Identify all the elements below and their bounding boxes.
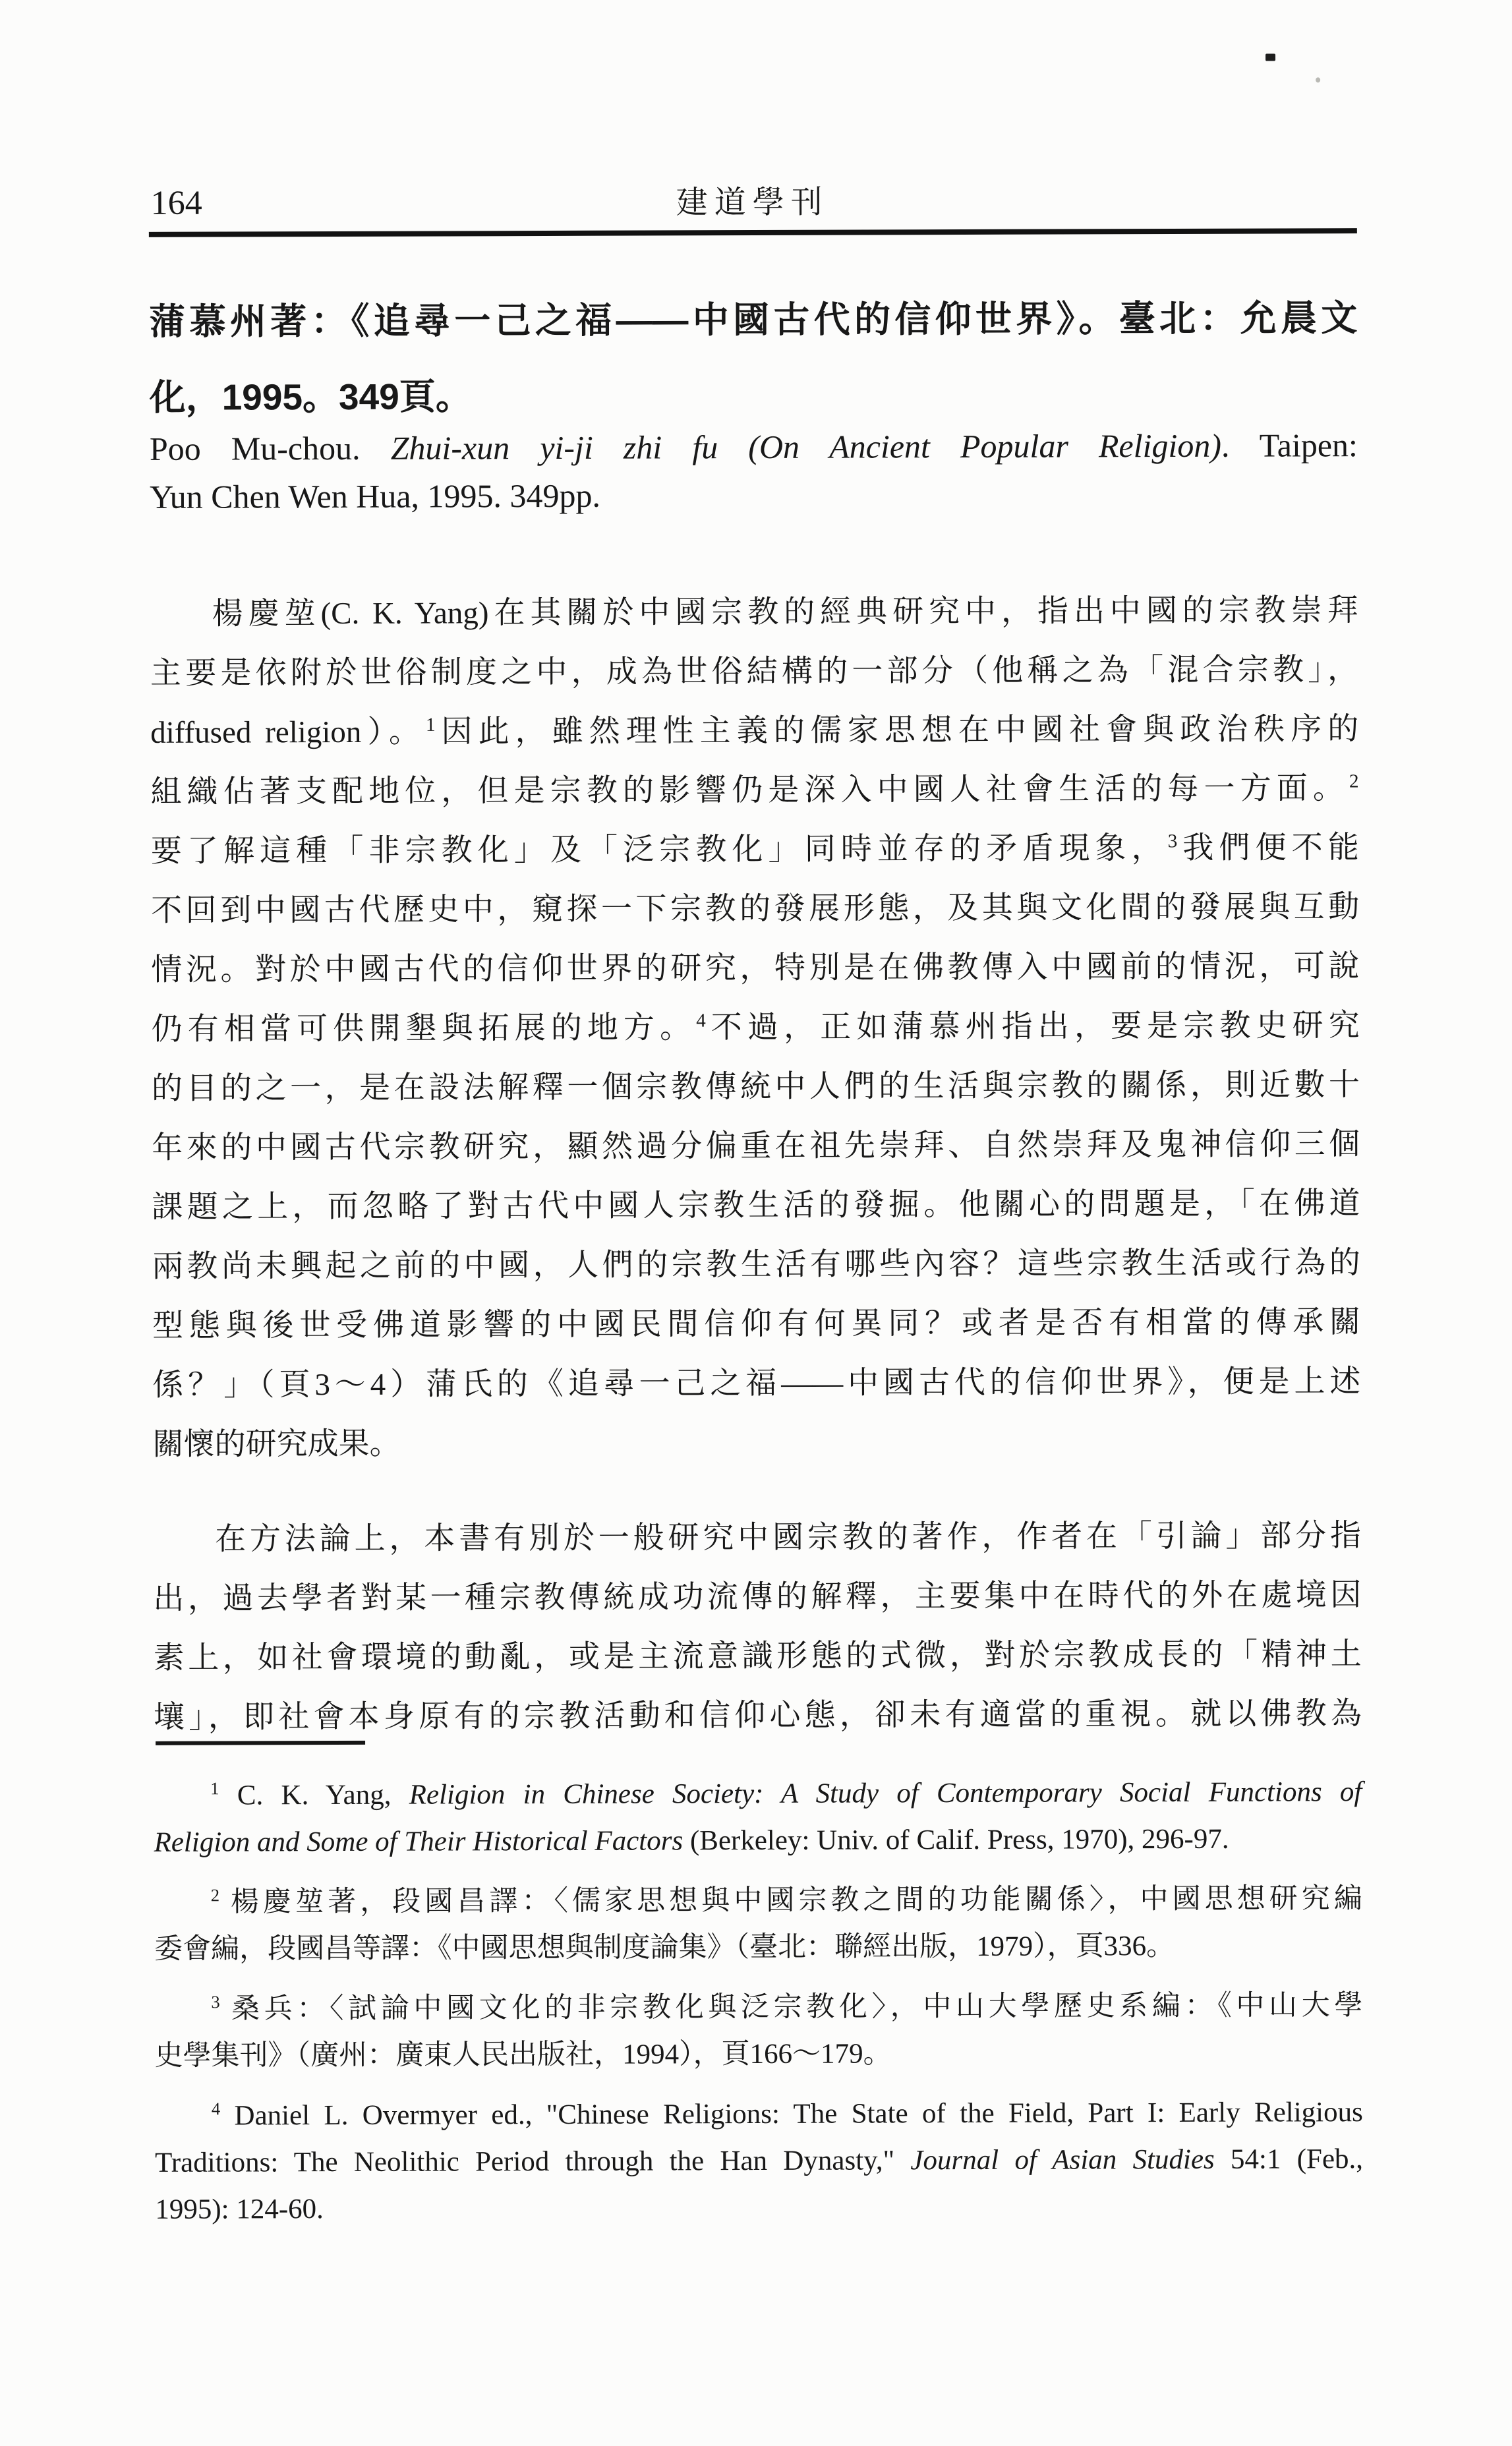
text-line: 4 Daniel L. Overmyer ed., "Chinese Relig…: [155, 2089, 1363, 2140]
footnote-separator: [156, 1741, 365, 1745]
text-segment: 型態與後世受佛道影響的中國民間信仰有何異同？或者是否有相當的傳承關: [152, 1305, 1360, 1343]
text-line: 主要是依附於世俗制度之中，成為世俗結構的一部分（他稱之為「混合宗教」，: [150, 640, 1358, 703]
footnote-2: 2 楊慶堃著，段國昌譯：〈儒家思想與中國宗教之間的功能關係〉，中國思想研究編委會…: [154, 1875, 1362, 1973]
book-citation-chinese: 蒲慕州著：《追尋一己之福——中國古代的信仰世界》。臺北：允晨文化，1995。34…: [149, 280, 1358, 436]
text-line: 兩教尚未興起之前的中國，人們的宗教生活有哪些內容？這些宗教生活或行為的: [152, 1233, 1360, 1296]
text-segment: 的目的之一，是在設法解釋一個宗教傳統中人們的生活與宗教的關係，則近數十: [152, 1068, 1360, 1106]
review-paragraph-2: 在方法論上，本書有別於一般研究中國宗教的著作，作者在「引論」部分指出，過去學者對…: [153, 1506, 1362, 1747]
text-segment: 係？」（頁3～4）蒲氏的《追尋一己之福——中國古代的信仰世界》，便是上述: [152, 1364, 1360, 1403]
text-line: Poo Mu-chou. Zhui-xun yi-ji zhi fu (On A…: [150, 421, 1358, 473]
text-line: 委會編，段國昌等譯：《中國思想與制度論集》（臺北：聯經出版，1979），頁336…: [154, 1922, 1362, 1973]
text-line: diffused religion）。1因此，雖然理性主義的儒家思想在中國社會與…: [150, 699, 1358, 763]
scanned-sheet: 164 建道學刊 蒲慕州著：《追尋一己之福——中國古代的信仰世界》。臺北：允晨文…: [0, 0, 1512, 2446]
text-segment: 兩教尚未興起之前的中國，人們的宗教生活有哪些內容？這些宗教生活或行為的: [152, 1246, 1360, 1284]
text-segment: 蒲慕州著：《追尋一己之福——中國古代的信仰世界》。臺北：允晨文: [149, 297, 1357, 342]
footnote-marker: 3: [211, 1992, 219, 2012]
journal-title: 建道學刊: [149, 183, 1356, 223]
text-line: 1995): 124-60.: [155, 2182, 1363, 2233]
text-segment: Daniel L. Overmyer ed., "Chinese Religio…: [220, 2097, 1363, 2131]
text-segment: 在方法論上，本書有別於一般研究中國宗教的著作，作者在「引論」部分指: [215, 1519, 1361, 1556]
text-line: Religion and Some of Their Historical Fa…: [154, 1815, 1362, 1866]
text-line: 關懷的研究成果。: [152, 1411, 1360, 1474]
footnote-4: 4 Daniel L. Overmyer ed., "Chinese Relig…: [155, 2089, 1364, 2233]
text-segment: 組織佔著支配地位，但是宗教的影響仍是深入中國人社會生活的每一方面。: [150, 771, 1349, 809]
text-segment: 史學集刊》（廣州：廣東人民出版社，1994），頁166～179。: [154, 2038, 891, 2072]
text-segment: Religion and Some of Their Historical Fa…: [154, 1825, 683, 1858]
text-segment: 情況。對於中國古代的信仰世界的研究，特別是在佛教傳入中國前的情況，可說: [151, 949, 1359, 987]
text-segment: 54:1 (Feb.,: [1215, 2143, 1363, 2175]
text-line: 蒲慕州著：《追尋一己之福——中國古代的信仰世界》。臺北：允晨文: [149, 280, 1357, 360]
header-rule: [149, 228, 1357, 237]
text-line: 壤」，即社會本身原有的宗教活動和信仰心態，卻未有適當的重視。就以佛教為: [154, 1684, 1362, 1747]
footnotes-block: 1 C. K. Yang, Religion in Chinese Societ…: [154, 1768, 1363, 2246]
text-line: Yun Chen Wen Hua, 1995. 349pp.: [150, 469, 1358, 521]
text-line: 楊慶堃(C. K. Yang)在其關於中國宗教的經典研究中，指出中國的宗教崇拜: [150, 581, 1358, 644]
text-segment: C. K. Yang,: [219, 1780, 409, 1811]
text-segment: Zhui-xun yi-ji zhi fu (On Ancient Popula…: [391, 427, 1222, 467]
text-segment: 關懷的研究成果。: [153, 1427, 401, 1462]
text-segment: Journal of Asian Studies: [910, 2144, 1215, 2176]
text-segment: 不過，正如蒲慕州指出，要是宗教史研究: [706, 1008, 1360, 1045]
text-segment: 因此，雖然理性主義的儒家思想在中國社會與政治秩序的: [435, 712, 1358, 749]
footnote-marker: 4: [696, 1010, 706, 1032]
text-segment: Religion in Chinese Society: A Study of …: [409, 1776, 1362, 1811]
text-segment: 楊慶堃著，段國昌譯：〈儒家思想與中國宗教之間的功能關係〉，中國思想研究編: [219, 1883, 1362, 1917]
text-line: 素上，如社會環境的動亂，或是主流意識形態的式微，對於宗教成長的「精神土: [154, 1625, 1362, 1688]
text-segment: 要了解這種「非宗教化」及「泛宗教化」同時並存的矛盾現象，: [151, 831, 1168, 869]
text-segment: 1995): 124-60.: [155, 2194, 324, 2225]
journal-page: 164 建道學刊 蒲慕州著：《追尋一己之福——中國古代的信仰世界》。臺北：允晨文…: [0, 0, 1512, 2446]
text-segment: 素上，如社會環境的動亂，或是主流意識形態的式微，對於宗教成長的「精神土: [154, 1637, 1362, 1675]
text-line: 要了解這種「非宗教化」及「泛宗教化」同時並存的矛盾現象，3我們便不能: [151, 818, 1359, 881]
footnote-marker: 4: [212, 2099, 220, 2118]
text-segment: Traditions: The Neolithic Period through…: [155, 2145, 910, 2178]
text-line: 在方法論上，本書有別於一般研究中國宗教的著作，作者在「引論」部分指: [153, 1506, 1361, 1569]
text-segment: 桑兵：〈試論中國文化的非宗教化與泛宗教化〉，中山大學歷史系編：《中山大學: [220, 1990, 1363, 2024]
text-segment: 出，過去學者對某一種宗教傳統成功流傳的解釋，主要集中在時代的外在處境因: [153, 1578, 1361, 1616]
footnote-3: 3 桑兵：〈試論中國文化的非宗教化與泛宗教化〉，中山大學歷史系編：《中山大學史學…: [154, 1982, 1362, 2080]
text-segment: . Taipen:: [1221, 426, 1358, 464]
text-line: 年來的中國古代宗教研究，顯然過分偏重在祖先崇拜、自然崇拜及鬼神信仰三個: [152, 1115, 1360, 1178]
text-line: 1 C. K. Yang, Religion in Chinese Societ…: [154, 1768, 1362, 1819]
text-segment: 年來的中國古代宗教研究，顯然過分偏重在祖先崇拜、自然崇拜及鬼神信仰三個: [152, 1127, 1360, 1165]
text-line: 不回到中國古代歷史中，窺探一下宗教的發展形態，及其與文化間的發展與互動: [151, 877, 1359, 941]
text-segment: 課題之上，而忽略了對古代中國人宗教生活的發掘。他關心的問題是，「在佛道: [152, 1186, 1360, 1225]
text-segment: Yun Chen Wen Hua, 1995. 349pp.: [150, 477, 600, 515]
footnote-marker: 2: [211, 1885, 219, 1905]
footnote-marker: 1: [210, 1778, 219, 1798]
text-line: 課題之上，而忽略了對古代中國人宗教生活的發掘。他關心的問題是，「在佛道: [152, 1174, 1360, 1237]
footnote-marker: 2: [1349, 771, 1359, 792]
text-line: 3 桑兵：〈試論中國文化的非宗教化與泛宗教化〉，中山大學歷史系編：《中山大學: [154, 1982, 1362, 2033]
text-line: 的目的之一，是在設法解釋一個宗教傳統中人們的生活與宗教的關係，則近數十: [152, 1055, 1360, 1119]
text-segment: 我們便不能: [1177, 830, 1359, 865]
text-segment: 化，1995。349頁。: [150, 376, 472, 418]
footnote-marker: 1: [426, 714, 436, 736]
text-line: 2 楊慶堃著，段國昌譯：〈儒家思想與中國宗教之間的功能關係〉，中國思想研究編: [154, 1875, 1362, 1926]
text-line: 組織佔著支配地位，但是宗教的影響仍是深入中國人社會生活的每一方面。2: [150, 759, 1358, 822]
text-segment: 委會編，段國昌等譯：《中國思想與制度論集》（臺北：聯經出版，1979），頁336…: [154, 1931, 1175, 1965]
text-segment: diffused religion）。: [150, 715, 426, 750]
scan-speck: [1316, 77, 1320, 82]
text-line: 情況。對於中國古代的信仰世界的研究，特別是在佛教傳入中國前的情況，可說: [151, 937, 1359, 1000]
book-citation-english: Poo Mu-chou. Zhui-xun yi-ji zhi fu (On A…: [150, 421, 1358, 521]
scan-speck: [1265, 54, 1275, 61]
text-line: 係？」（頁3～4）蒲氏的《追尋一己之福——中國古代的信仰世界》，便是上述: [152, 1352, 1360, 1415]
text-segment: 壤」，即社會本身原有的宗教活動和信仰心態，卻未有適當的重視。就以佛教為: [154, 1697, 1362, 1735]
text-line: 史學集刊》（廣州：廣東人民出版社，1994），頁166～179。: [154, 2029, 1362, 2080]
text-line: 出，過去學者對某一種宗教傳統成功流傳的解釋，主要集中在時代的外在處境因: [153, 1565, 1361, 1629]
text-segment: 仍有相當可供開墾與拓展的地方。: [152, 1010, 697, 1047]
text-segment: 主要是依附於世俗制度之中，成為世俗結構的一部分（他稱之為「混合宗教」，: [150, 653, 1358, 691]
text-line: 仍有相當可供開墾與拓展的地方。4不過，正如蒲慕州指出，要是宗教史研究: [152, 996, 1360, 1059]
text-segment: Poo Mu-chou.: [150, 430, 391, 467]
text-line: Traditions: The Neolithic Period through…: [155, 2136, 1363, 2186]
text-segment: 楊慶堃(C. K. Yang)在其關於中國宗教的經典研究中，指出中國的宗教崇拜: [212, 593, 1358, 631]
footnote-marker: 3: [1168, 830, 1178, 852]
review-paragraph-1: 楊慶堃(C. K. Yang)在其關於中國宗教的經典研究中，指出中國的宗教崇拜主…: [150, 581, 1361, 1474]
footnote-1: 1 C. K. Yang, Religion in Chinese Societ…: [154, 1768, 1362, 1866]
text-segment: (Berkeley: Univ. of Calif. Press, 1970),…: [683, 1824, 1229, 1857]
text-segment: 不回到中國古代歷史中，窺探一下宗教的發展形態，及其與文化間的發展與互動: [151, 890, 1359, 928]
text-line: 型態與後世受佛道影響的中國民間信仰有何異同？或者是否有相當的傳承關: [152, 1293, 1360, 1356]
